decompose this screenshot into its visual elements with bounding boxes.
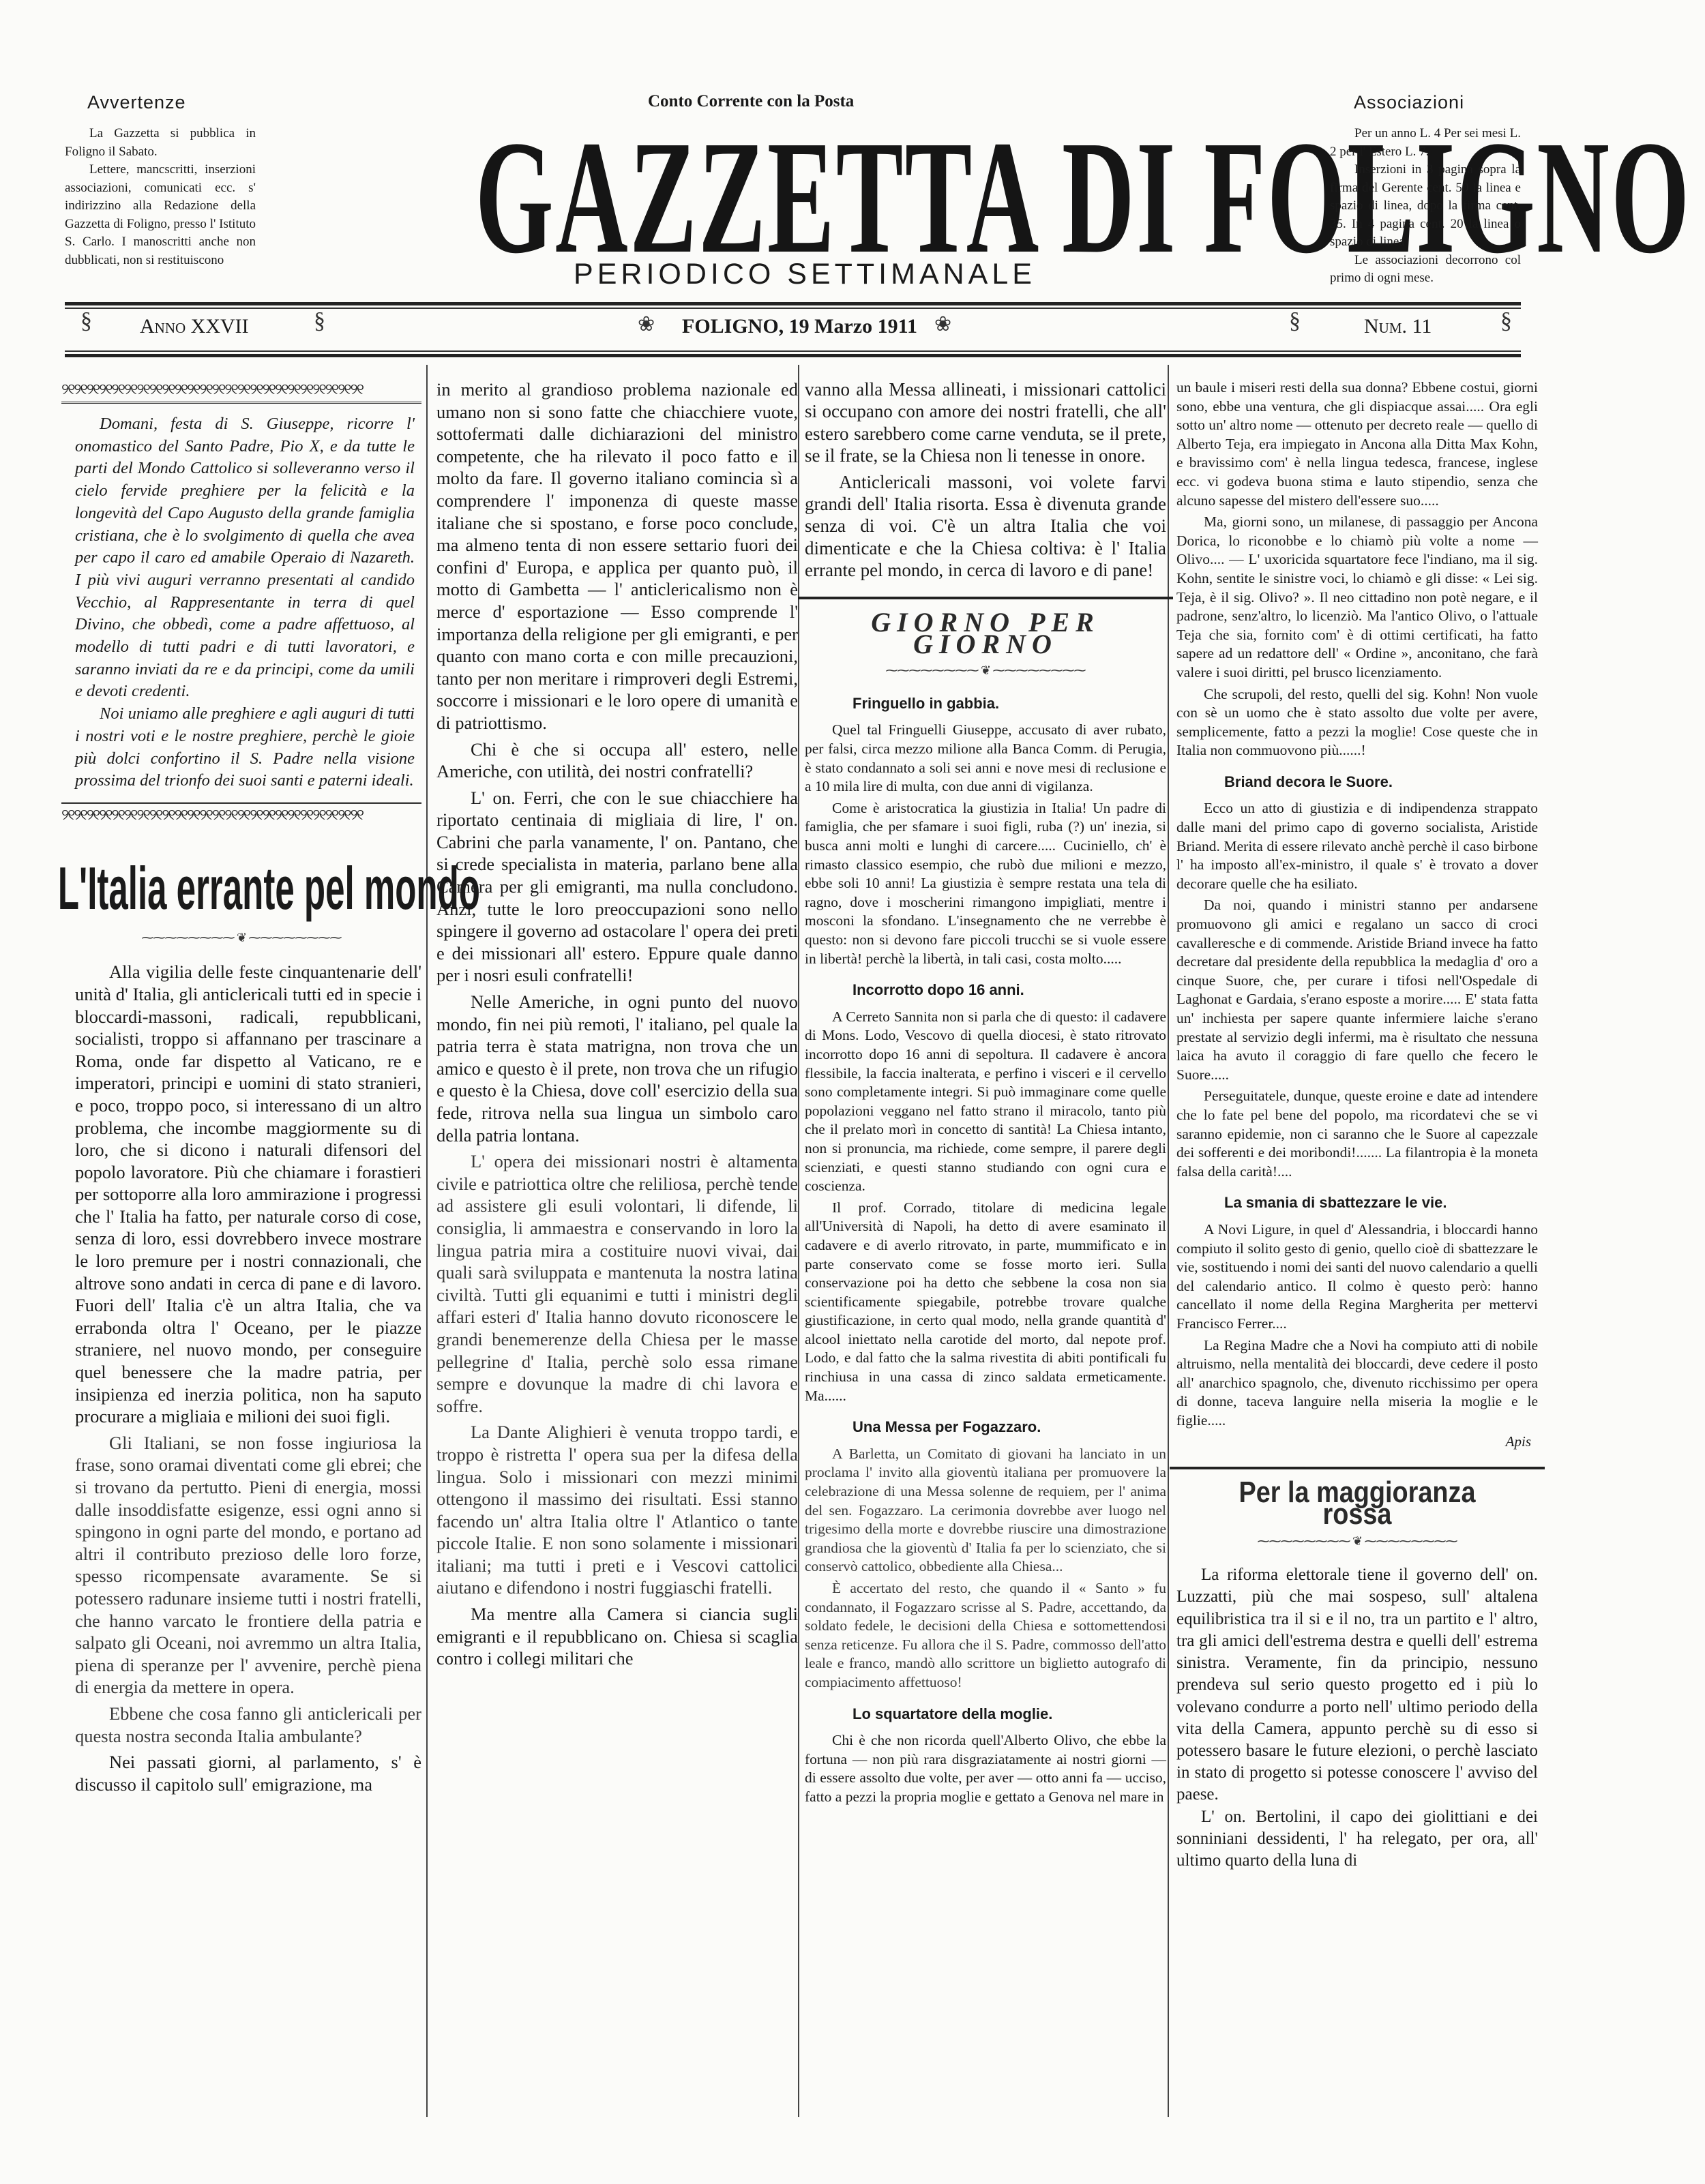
news-paragraph: Perseguitatele, dunque, queste eroine e … — [1176, 1087, 1538, 1181]
section-divider — [1170, 1467, 1545, 1469]
dateline-rule-bottom — [65, 354, 1521, 357]
column-3: vanno alla Messa allineati, i missionari… — [805, 378, 1166, 1810]
fleuron-icon: ❀ — [934, 312, 951, 336]
divider-flourish-icon: ⁓⁓⁓⁓⁓⁓⁓⁓ ❦ ⁓⁓⁓⁓⁓⁓⁓⁓ — [61, 927, 421, 948]
column-4: un baule i miseri resti della sua donna?… — [1176, 378, 1538, 1872]
column-2: in merito al grandioso problema nazional… — [436, 378, 798, 1674]
news-items-continued: un baule i miseri resti della sua donna?… — [1176, 378, 1538, 1452]
label-avvertenze: Avvertenze — [87, 92, 186, 113]
article-paragraph: Nelle Americhe, in ogni punto del nuovo … — [436, 991, 798, 1146]
news-heading: Fringuello in gabbia. — [853, 694, 1166, 713]
issue-year: Anno XXVII — [140, 315, 249, 338]
announcement-paragraph: Noi uniamo alle preghiere e agli auguri … — [75, 703, 415, 792]
column-1: ୨୧୨୧୨୧୨୧୨୧୨୧୨୧୨୧୨୧୨୧୨୧୨୧୨୧୨୧୨୧୨୧୨୧୨୧୨୧୨୧… — [61, 378, 421, 1799]
column-divider — [426, 365, 428, 2117]
lead-article-headline: L'Italia errante pel mondo — [58, 854, 425, 923]
article-paragraph: Anticlericali massoni, voi volete farvi … — [805, 471, 1166, 582]
masthead-rule-top — [65, 302, 1521, 305]
announcement-box: Domani, festa di S. Giuseppe, ricorre l'… — [61, 413, 421, 792]
fleuron-icon: ❀ — [638, 312, 655, 336]
section-divider — [798, 597, 1173, 599]
news-paragraph: A Cerreto Sannita non si parla che di qu… — [805, 1008, 1166, 1196]
news-paragraph: La Regina Madre che a Novi ha compiuto a… — [1176, 1336, 1538, 1431]
news-heading: Lo squartatore della moglie. — [853, 1705, 1166, 1724]
article-paragraph: L' opera dei missionari nostri è altamen… — [436, 1150, 798, 1417]
newspaper-page: Avvertenze Conto Corrente con la Posta A… — [0, 0, 1705, 2184]
article-paragraph: L' on. Ferri, che con le sue chiacchiere… — [436, 787, 798, 987]
news-items: Fringuello in gabbia. Quel tal Fringuell… — [805, 694, 1166, 1807]
article-headline-maggioranza: Per la maggioranza rossa — [1202, 1482, 1513, 1526]
article-paragraph: La riforma elettorale tiene il governo d… — [1176, 1564, 1538, 1806]
article-paragraph: L' on. Bertolini, il capo dei giolittian… — [1176, 1806, 1538, 1872]
news-paragraph: Da noi, quando i ministri stanno per and… — [1176, 896, 1538, 1084]
notice-paragraph: La Gazzetta si pubblica in Foligno il Sa… — [65, 125, 256, 161]
notice-associazioni: Per un anno L. 4 Per sei mesi L. 2 per l… — [1330, 125, 1521, 288]
divider-flourish-icon: ⁓⁓⁓⁓⁓⁓⁓⁓ ❦ ⁓⁓⁓⁓⁓⁓⁓⁓ — [805, 659, 1166, 681]
news-paragraph: Chi è che non ricorda quell'Alberto Oliv… — [805, 1731, 1166, 1806]
ornament-icon: § — [80, 308, 92, 334]
article-paragraph: Alla vigilia delle feste cinquantenarie … — [75, 961, 421, 1427]
issue-number: Num. 11 — [1364, 315, 1432, 338]
news-paragraph: A Barletta, un Comitato di giovani ha la… — [805, 1445, 1166, 1576]
news-heading: Briand decora le Suore. — [1224, 773, 1538, 792]
article-paragraph: La Dante Alighieri è venuta troppo tardi… — [436, 1421, 798, 1599]
news-paragraph: Il prof. Corrado, titolare di medicina l… — [805, 1199, 1166, 1406]
article-paragraph: Gli Italiani, se non fosse ingiuriosa la… — [75, 1432, 421, 1699]
news-paragraph: Ma, giorni sono, un milanese, di passagg… — [1176, 513, 1538, 682]
notice-paragraph: Le associazioni decorrono col primo di o… — [1330, 252, 1521, 288]
news-heading: Incorrotto dopo 16 anni. — [853, 981, 1166, 1000]
news-paragraph: Ecco un atto di giustizia e di indipende… — [1176, 799, 1538, 893]
notice-paragraph: Per un anno L. 4 Per sei mesi L. 2 per l… — [1330, 125, 1521, 161]
ornament-icon: § — [1500, 308, 1512, 334]
article-body-maggioranza: La riforma elettorale tiene il governo d… — [1176, 1564, 1538, 1872]
article-paragraph: vanno alla Messa allineati, i missionari… — [805, 378, 1166, 467]
column-divider — [798, 365, 799, 2117]
notice-paragraph: Lettere, mancscritti, inserzioni associa… — [65, 161, 256, 269]
divider-flourish-icon: ⁓⁓⁓⁓⁓⁓⁓⁓ ❦ ⁓⁓⁓⁓⁓⁓⁓⁓ — [1176, 1530, 1538, 1552]
news-heading: Una Messa per Fogazzaro. — [853, 1418, 1166, 1437]
section-title-giorno-per-giorno: GIORNO PER GIORNO — [805, 612, 1166, 656]
author-signature: Apis — [1176, 1433, 1531, 1452]
article-paragraph: Ma mentre alla Camera si ciancia sugli e… — [436, 1603, 798, 1670]
news-paragraph: Che scrupoli, del resto, quelli del sig.… — [1176, 685, 1538, 760]
article-paragraph: Chi è che si occupa all' estero, nelle A… — [436, 738, 798, 783]
ornament-icon: § — [314, 308, 325, 334]
news-paragraph: A Novi Ligure, in quel d' Alessandria, i… — [1176, 1221, 1538, 1334]
notice-avvertenze: La Gazzetta si pubblica in Foligno il Sa… — [65, 125, 256, 269]
announcement-paragraph: Domani, festa di S. Giuseppe, ricorre l'… — [75, 413, 415, 703]
ornament-icon: § — [1289, 308, 1301, 334]
news-paragraph: È accertato del resto, che quando il « S… — [805, 1579, 1166, 1692]
news-heading: La smania di sbattezzare le vie. — [1224, 1193, 1538, 1212]
news-paragraph: Quel tal Fringuelli Giuseppe, accusato d… — [805, 721, 1166, 796]
article-paragraph: in merito al grandioso problema nazional… — [436, 378, 798, 734]
masthead-rule-top-thin — [65, 308, 1521, 309]
column-divider — [1168, 365, 1169, 2117]
ornamental-border: ୨୧୨୧୨୧୨୧୨୧୨୧୨୧୨୧୨୧୨୧୨୧୨୧୨୧୨୧୨୧୨୧୨୧୨୧୨୧୨୧… — [61, 378, 421, 404]
news-paragraph: un baule i miseri resti della sua donna?… — [1176, 378, 1538, 510]
lead-article-body: Alla vigilia delle feste cinquantenarie … — [61, 961, 421, 1795]
ornamental-border: ୨୧୨୧୨୧୨୧୨୧୨୧୨୧୨୧୨୧୨୧୨୧୨୧୨୧୨୧୨୧୨୧୨୧୨୧୨୧୨୧… — [61, 802, 421, 827]
dateline-rule-bottom-thin — [65, 350, 1521, 352]
notice-paragraph: Inserzioni in 3 pagina sopra la firma de… — [1330, 161, 1521, 252]
newspaper-subtitle: PERIODICO SETTIMANALE — [525, 258, 1084, 291]
news-paragraph: Come è aristocratica la giustizia in Ita… — [805, 799, 1166, 968]
issue-date: FOLIGNO, 19 Marzo 1911 — [682, 315, 917, 338]
article-paragraph: Nei passati giorni, al parlamento, s' è … — [75, 1751, 421, 1795]
article-paragraph: Ebbene che cosa fanno gli anticlericali … — [75, 1703, 421, 1747]
